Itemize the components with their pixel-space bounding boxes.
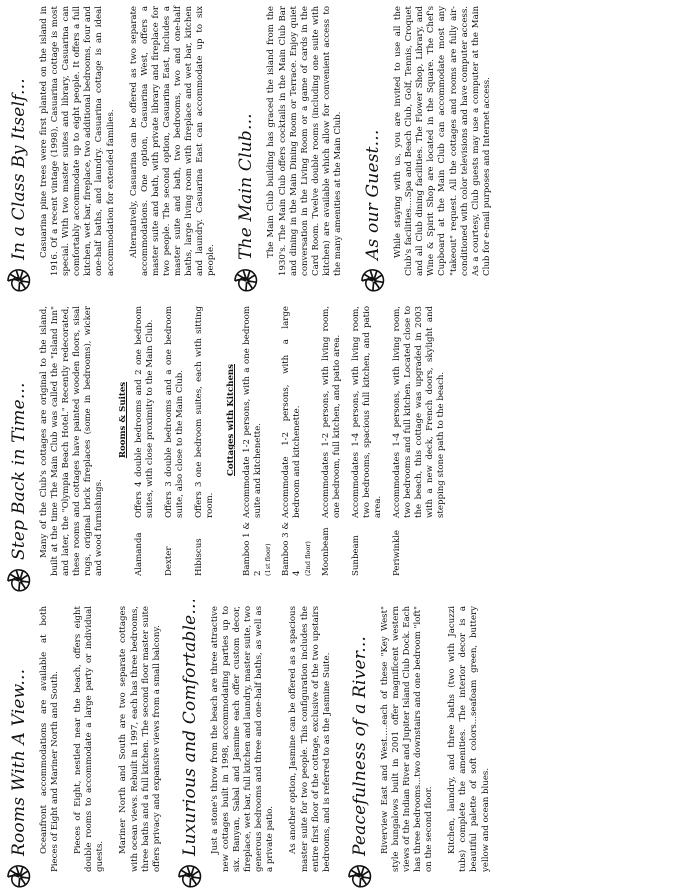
accommodation-desc: Accommodates 1-4 persons, with living ro… [351, 306, 384, 518]
section-peacefulness-of-a-river: Peacefulness of a River... Riverview Eas… [345, 600, 492, 896]
accommodation-name: Bamboo 3 & 4 [281, 522, 302, 576]
accommodation-row: Dexter Offers 3 double bedrooms and a on… [164, 306, 186, 576]
section-heading: As our Guest... [358, 0, 388, 294]
section-heading: Luxurious and Comfortable... [175, 600, 205, 890]
paragraph: As another option, Jasmine can be offere… [288, 606, 332, 872]
accommodation-desc: Accommodates 1-2 persons, with living ro… [321, 306, 343, 518]
accommodation-desc: Offers 4 double bedrooms and 2 one bedro… [134, 306, 156, 518]
panel-middle-band: Step Back in Time... Many of the Club's … [0, 300, 675, 600]
floor-note: (2nd floor) [304, 518, 313, 576]
accommodation-row: Bamboo 3 & 4 (2nd floor) Accommodate 1-2… [281, 306, 312, 576]
accommodation-name: Moonbeam [321, 527, 331, 576]
accommodation-row: Bamboo 1 & 2 (1st floor) Accommodate 1-2… [242, 306, 273, 576]
paragraph: Pieces of Eight, nestled near the beach,… [73, 606, 106, 872]
panel-top-band: In a Class By Itself... Casuarina pine t… [0, 0, 675, 300]
paragraph: While staying with us, you are invited t… [393, 6, 493, 276]
nautilus-shell-icon [6, 864, 32, 890]
heading-text: Rooms With A View... [9, 669, 29, 856]
accommodation-row: Periwinkle Accommodates 1-4 persons, wit… [392, 306, 447, 576]
heading-text: Luxurious and Comfortable... [180, 600, 200, 856]
nautilus-shell-icon [347, 864, 373, 890]
panel-middle: Step Back in Time... Many of the Club's … [0, 300, 675, 600]
heading-text: The Main Club... [236, 113, 256, 260]
accommodation-row: Alamanda Offers 4 double bedrooms and 2 … [134, 306, 156, 576]
section-as-our-guest: As our Guest... While staying with us, y… [358, 0, 493, 300]
accommodation-name: Hibiscus [194, 538, 204, 576]
accommodation-row: Moonbeam Accommodates 1-2 persons, with … [321, 306, 343, 576]
section-the-main-club: The Main Club... The Main Club building … [231, 0, 344, 300]
accommodation-desc: Accommodate 1-2 persons, with a one bedr… [242, 306, 273, 518]
cottages-heading: Cottages with Kitchens [226, 300, 236, 540]
heading-text: Peacefulness of a River... [350, 636, 370, 856]
paragraph: Mariner North and South are two separate… [118, 606, 162, 872]
paragraph: The Main Club building has graced the is… [266, 6, 344, 276]
accommodation-name: Alamanda [134, 532, 144, 576]
accommodation-name: Sunbeam [351, 535, 361, 576]
accommodation-row: Hibiscus Offers 3 one bedroom suites, ea… [194, 306, 216, 576]
heading-text: As our Guest... [363, 130, 383, 260]
heading-text: In a Class By Itself... [9, 78, 29, 260]
paragraph: Just a stone's throw from the beach are … [210, 606, 277, 872]
section-luxurious-and-comfortable: Luxurious and Comfortable... Just a ston… [175, 600, 333, 896]
section-heading: Rooms With A View... [4, 600, 34, 890]
accommodation-row: Sunbeam Accommodates 1-4 persons, with l… [351, 306, 384, 576]
nautilus-shell-icon [177, 864, 203, 890]
section-heading: The Main Club... [231, 0, 261, 294]
intro-paragraph: Many of the Club's cottages are original… [39, 306, 106, 576]
accommodation-name: Dexter [164, 547, 174, 576]
floor-note: (1st floor) [264, 518, 273, 576]
paragraph: Kitchen, laundry, and three baths (two w… [447, 606, 491, 872]
panel-top: In a Class By Itself... Casuarina pine t… [0, 0, 675, 300]
section-heading: Step Back in Time... [4, 300, 34, 594]
section-rooms-with-a-view: Rooms With A View... Oceanfront accommod… [4, 600, 163, 896]
panel-bottom: Rooms With A View... Oceanfront accommod… [0, 600, 675, 896]
accommodation-desc: Accommodate 1-2 persons, with a large be… [281, 306, 312, 518]
accommodation-desc: Accommodates 1-4 persons, with living ro… [392, 306, 447, 518]
paragraph: Alternatively, Casuarina can be offered … [129, 6, 218, 276]
rooms-suites-heading: Rooms & Suites [118, 300, 128, 540]
section-heading: In a Class By Itself... [4, 0, 34, 294]
heading-text: Step Back in Time... [9, 382, 29, 560]
nautilus-shell-icon [233, 268, 259, 294]
accommodation-name: Bamboo 1 & 2 [242, 522, 263, 576]
paragraph: Riverview East and West.....each of thes… [380, 606, 435, 872]
paragraph: Oceanfront accommodations are available … [39, 606, 61, 872]
paragraph: Casuarina pine trees were first planted … [39, 6, 117, 276]
accommodation-desc: Offers 3 one bedroom suites, each with s… [194, 306, 216, 518]
section-heading: Peacefulness of a River... [345, 600, 375, 890]
nautilus-shell-icon [6, 568, 32, 594]
panel-bottom-band: Rooms With A View... Oceanfront accommod… [0, 600, 675, 896]
accommodation-desc: Offers 3 double bedrooms and a one bedro… [164, 306, 186, 518]
nautilus-shell-icon [6, 268, 32, 294]
section-in-a-class-by-itself: In a Class By Itself... Casuarina pine t… [4, 0, 217, 300]
nautilus-shell-icon [360, 268, 386, 294]
accommodation-name: Periwinkle [392, 530, 402, 576]
